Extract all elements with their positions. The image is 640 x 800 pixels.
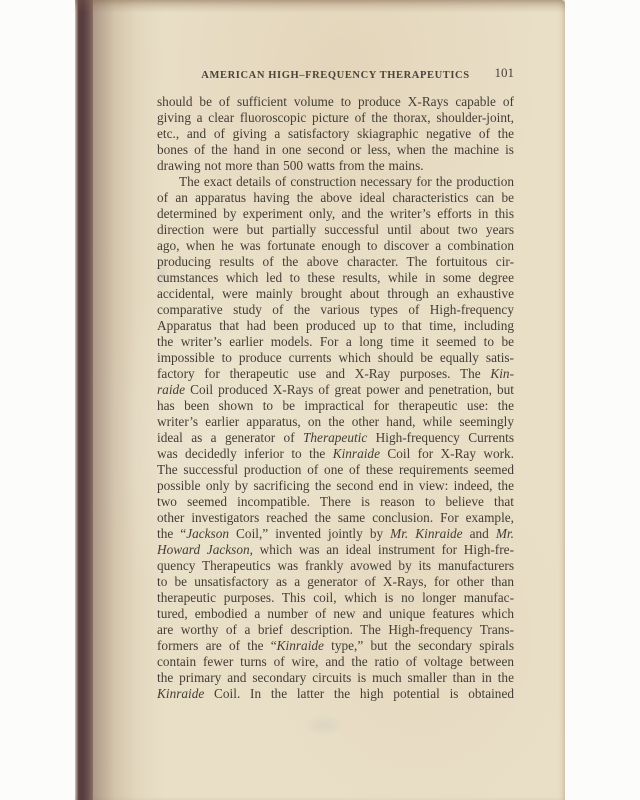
text-line: raide Coil produced X-Rays of great powe…: [157, 382, 514, 398]
text-line: possible only by sacrificing the second …: [157, 478, 514, 494]
text-line: other investigators reached the same con…: [157, 510, 514, 526]
text-line: the “Jackson Coil,” invented jointly by …: [157, 526, 514, 542]
text-line: contain fewer turns of wire, and the rat…: [157, 654, 514, 670]
text-line: etc., and of giving a satisfactory skiag…: [157, 126, 514, 142]
book-spine-edge: [75, 0, 93, 800]
text-line: Apparatus that had been produced up to t…: [157, 318, 514, 334]
text-line: should be of sufficient volume to produc…: [157, 94, 514, 110]
text-line: writer’s earlier apparatus, on the other…: [157, 414, 514, 430]
text-line: are worthy of a brief description. The H…: [157, 622, 514, 638]
text-line: the primary and secondary circuits is mu…: [157, 670, 514, 686]
text-line: Howard Jackson, which was an ideal instr…: [157, 542, 514, 558]
text-line: factory for therapeutic use and X-Ray pu…: [157, 366, 514, 382]
text-line: was decidedly inferior to the Kinraide C…: [157, 446, 514, 462]
text-line: impossible to produce currents which sho…: [157, 350, 514, 366]
text-line: ideal as a generator of Therapeutic High…: [157, 430, 514, 446]
page-number: 101: [495, 65, 515, 81]
text-line: to be unsatisfactory as a generator of X…: [157, 574, 514, 590]
book-page: AMERICAN HIGH–FREQUENCY THERAPEUTICS 101…: [75, 0, 565, 800]
text-line: therapeutic purposes. This coil, which i…: [157, 590, 514, 606]
paragraph: should be of sufficient volume to produc…: [157, 94, 514, 174]
text-line: Kinraide Coil. In the latter the high po…: [157, 686, 514, 702]
text-line: formers are of the “Kinraide type,” but …: [157, 638, 514, 654]
text-line: of an apparatus having the above ideal c…: [157, 190, 514, 206]
text-line: accidental, were mainly brought about th…: [157, 286, 514, 302]
page-content: AMERICAN HIGH–FREQUENCY THERAPEUTICS 101…: [157, 66, 514, 702]
print-smudge: [303, 714, 345, 736]
body-text: should be of sufficient volume to produc…: [157, 94, 514, 702]
header-title: AMERICAN HIGH–FREQUENCY THERAPEUTICS: [201, 70, 469, 81]
running-header: AMERICAN HIGH–FREQUENCY THERAPEUTICS 101: [157, 66, 514, 82]
text-line: direction were but partially successful …: [157, 222, 514, 238]
text-line: two seemed incompatible. There is reason…: [157, 494, 514, 510]
binding-shadow: [93, 0, 165, 800]
text-line: tured, embodied a number of new and uniq…: [157, 606, 514, 622]
text-line: drawing not more than 500 watts from the…: [157, 158, 514, 174]
text-line: ago, when he was fortunate enough to dis…: [157, 238, 514, 254]
text-line: determined by experiment only, and the w…: [157, 206, 514, 222]
text-line: the writer’s earlier models. For a long …: [157, 334, 514, 350]
text-line: has been shown to be impractical for the…: [157, 398, 514, 414]
text-line: bones of the hand in one second or less,…: [157, 142, 514, 158]
text-line: producing results of the above character…: [157, 254, 514, 270]
paragraph: The exact details of construction necess…: [157, 174, 514, 702]
text-line: cumstances which led to these results, w…: [157, 270, 514, 286]
scan-background: AMERICAN HIGH–FREQUENCY THERAPEUTICS 101…: [0, 0, 640, 800]
text-line: giving a clear fluoroscopic picture of t…: [157, 110, 514, 126]
text-line: The successful production of one of thes…: [157, 462, 514, 478]
text-line: The exact details of construction necess…: [157, 174, 514, 190]
text-line: comparative study of the various types o…: [157, 302, 514, 318]
page-top-edge-shade: [75, 0, 565, 13]
text-line: quency Therapeutics was frankly avowed b…: [157, 558, 514, 574]
